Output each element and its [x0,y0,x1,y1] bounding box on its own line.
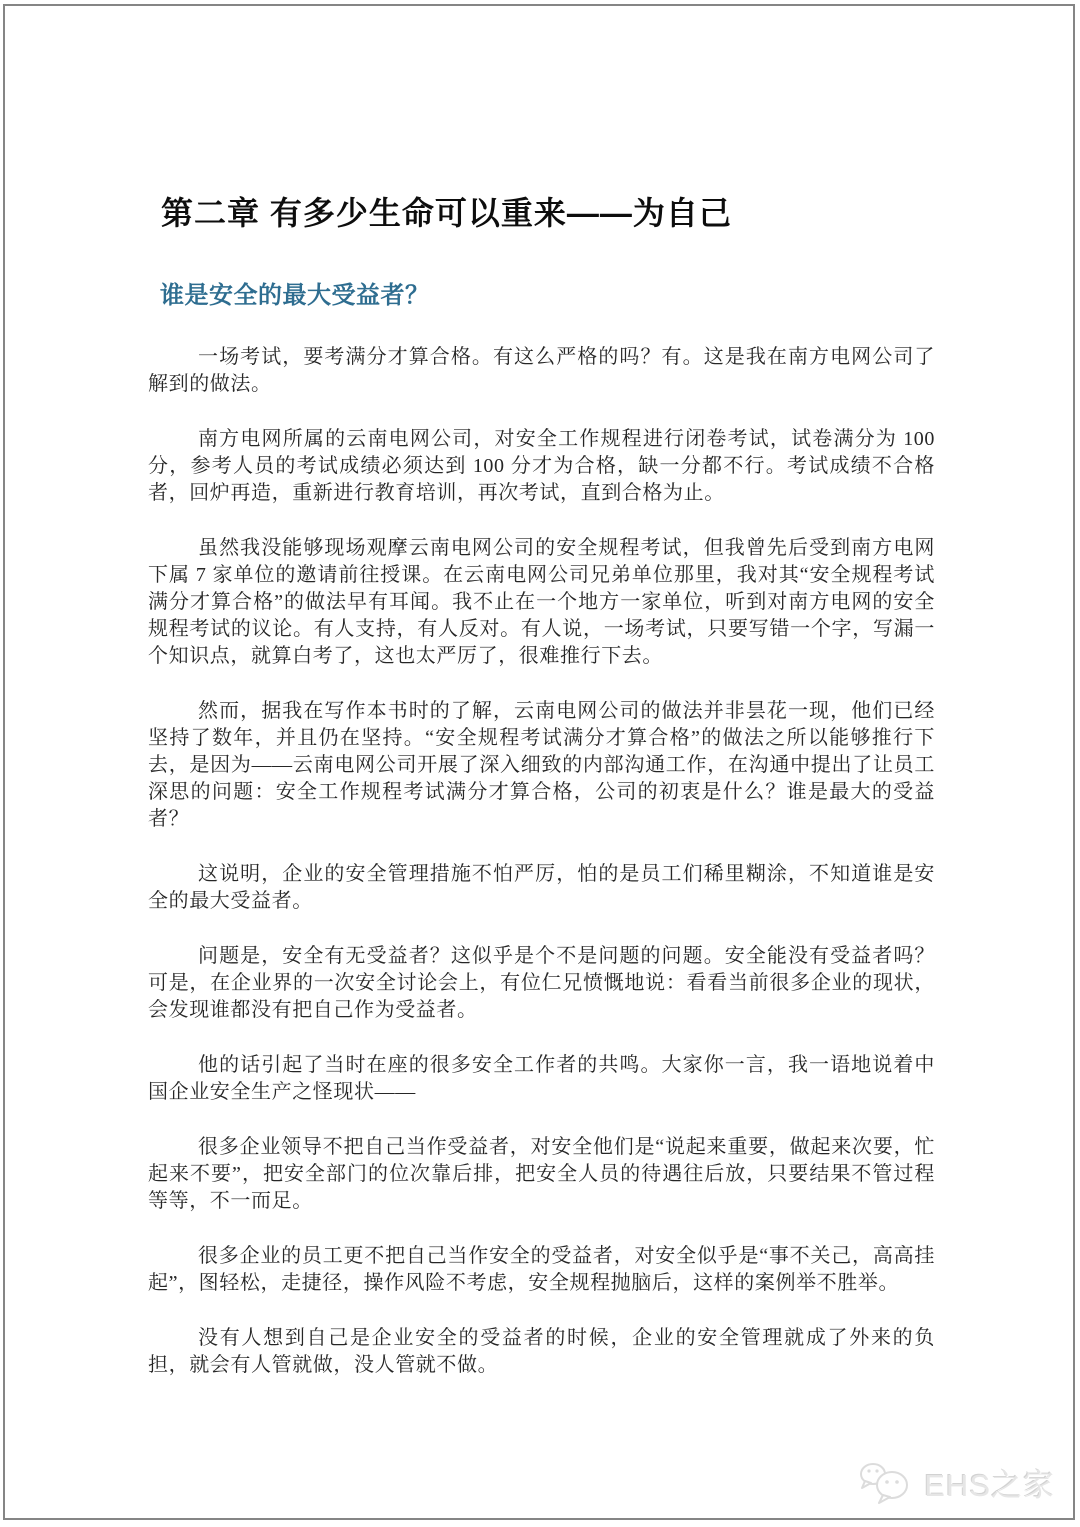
paragraph: 很多企业领导不把自己当作受益者，对安全他们是“说起来重要，做起来次要，忙起来不要… [148,1134,935,1215]
watermark: EHS之家 [858,1459,1055,1505]
document-page: 第二章 有多少生命可以重来——为自己 谁是安全的最大受益者？ 一场考试，要考满分… [0,0,1080,1527]
chapter-title: 第二章 有多少生命可以重来——为自己 [161,188,732,234]
paragraph: 然而，据我在写作本书时的了解，云南电网公司的做法并非昙花一现，他们已经坚持了数年… [148,698,935,833]
paragraph: 他的话引起了当时在座的很多安全工作者的共鸣。大家你一言，我一语地说着中国企业安全… [148,1052,935,1106]
paragraph: 这说明，企业的安全管理措施不怕严厉，怕的是员工们稀里糊涂，不知道谁是安全的最大受… [148,861,935,915]
paragraph: 虽然我没能够现场观摩云南电网公司的安全规程考试，但我曾先后受到南方电网下属 7 … [148,535,935,670]
wechat-icon [858,1459,916,1505]
section-subtitle: 谁是安全的最大受益者？ [160,275,430,310]
paragraph: 一场考试，要考满分才算合格。有这么严格的吗？有。这是我在南方电网公司了解到的做法… [148,344,935,398]
paragraph: 没有人想到自己是企业安全的受益者的时候，企业的安全管理就成了外来的负担，就会有人… [148,1325,935,1379]
body-text: 一场考试，要考满分才算合格。有这么严格的吗？有。这是我在南方电网公司了解到的做法… [148,344,935,1407]
paragraph: 问题是，安全有无受益者？这似乎是个不是问题的问题。安全能没有受益者吗？可是，在企… [148,943,935,1024]
paragraph: 很多企业的员工更不把自己当作安全的受益者，对安全似乎是“事不关己，高高挂起”，图… [148,1243,935,1297]
paragraph: 南方电网所属的云南电网公司，对安全工作规程进行闭卷考试，试卷满分为 100 分，… [148,426,935,507]
watermark-label: EHS之家 [924,1460,1055,1505]
